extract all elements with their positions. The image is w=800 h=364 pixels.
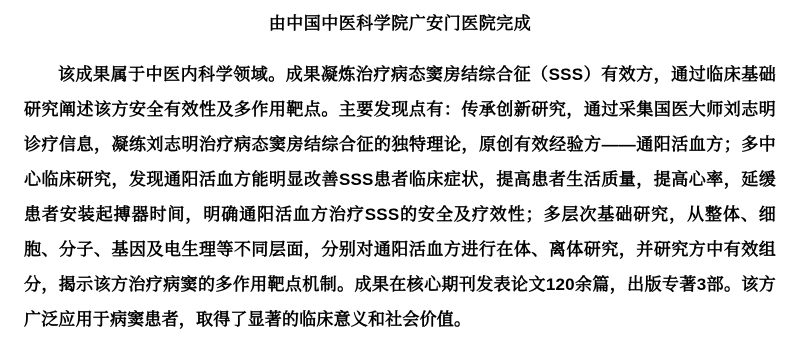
document-paragraph: 该成果属于中医内科学领域。成果凝炼治疗病态窦房结综合征（SSS）有效方，通过临床… (0, 35, 800, 337)
document-page: 由中国中医科学院广安门医院完成 该成果属于中医内科学领域。成果凝炼治疗病态窦房结… (0, 0, 800, 364)
document-title: 由中国中医科学院广安门医院完成 (0, 0, 800, 35)
